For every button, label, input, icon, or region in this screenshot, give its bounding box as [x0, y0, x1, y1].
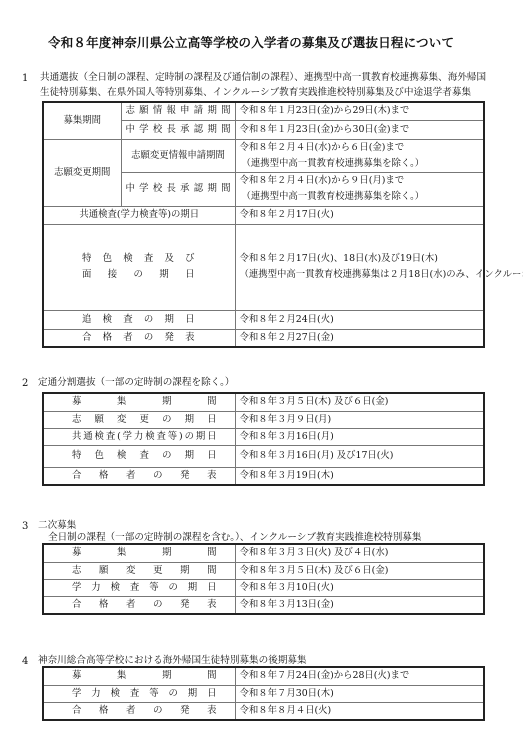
row-label-line1: 特色検査及び — [82, 251, 195, 267]
row-label: 志願情報申請期間 — [121, 102, 235, 120]
table-row: 募集期間 令和８年３月３日(火) 及び４日(水) — [43, 544, 484, 562]
row-value: 令和８年２月17日(火) — [235, 206, 484, 224]
row-label: 募集期間 — [43, 393, 235, 411]
row-value-main: 令和８年２月４日(水)から９日(月)まで — [240, 175, 405, 186]
row-group-label: 志願変更期間 — [43, 139, 121, 206]
row-value: 令和８年７月30日(木) — [235, 685, 484, 702]
section-3-number: 3 — [22, 521, 28, 532]
row-value: 令和８年３月16日(月) — [235, 428, 484, 445]
table-row: 合格者の発表 令和８年２月27日(金) — [43, 329, 484, 347]
row-label: 合格者の発表 — [43, 596, 235, 614]
table-row: 志願変更の期日 令和８年３月９日(月) — [43, 411, 484, 428]
row-value: 令和８年３月19日(木) — [235, 467, 484, 485]
row-value: 令和８年２月４日(水)から９日(月)まで （連携型中高一貫教育校連携募集を除く。… — [235, 172, 484, 206]
row-label: 志願変更の期日 — [43, 411, 235, 428]
row-label: 合格者の発表 — [43, 329, 235, 347]
row-label: 募集期間 — [43, 544, 235, 562]
table-row: 合格者の発表 令和８年３月19日(木) — [43, 467, 484, 485]
row-label: 共通検査(学力検査等)の期日 — [43, 206, 235, 224]
section-4-number: 4 — [22, 656, 28, 667]
row-value: 令和８年３月５日(木) 及び６日(金) — [235, 393, 484, 411]
row-value-main: 令和８年２月17日(火)、18日(水)及び19日(木) — [240, 253, 438, 264]
schedule-table-1: 募集期間 志願情報申請期間 令和８年１月23日(金)から29日(木)まで 中学校… — [42, 101, 485, 348]
row-label: 募集期間 — [43, 667, 235, 685]
row-value-note: （連携型中高一貫教育校連携募集は２月18日(水)のみ、インクルーシブ教育実践推進… — [240, 269, 523, 280]
row-value: 令和８年２月17日(火)、18日(水)及び19日(木) （連携型中高一貫教育校連… — [235, 224, 484, 310]
schedule-table-2: 募集期間 令和８年３月５日(木) 及び６日(金) 志願変更の期日 令和８年３月９… — [42, 392, 485, 486]
row-value-note: （連携型中高一貫教育校連携募集を除く。） — [240, 156, 480, 172]
page-title: 令和８年度神奈川県公立高等学校の入学者の募集及び選抜日程について — [48, 33, 454, 51]
table-row: 募集期間 令和８年７月24日(金)から28日(火)まで — [43, 667, 484, 685]
row-label: 追検査の期日 — [43, 310, 235, 329]
row-value: 令和８年８月４日(火) — [235, 702, 484, 720]
row-value-note: （連携型中高一貫教育校連携募集を除く。） — [240, 189, 480, 205]
row-value: 令和８年１月23日(金)から30日(金)まで — [235, 120, 484, 139]
table-row: 特色検査及び 面接の期日 令和８年２月17日(火)、18日(水)及び19日(木)… — [43, 224, 484, 310]
row-label: 中学校長承認期間 — [121, 172, 235, 206]
row-value: 令和８年２月４日(水)から６日(金)まで （連携型中高一貫教育校連携募集を除く。… — [235, 139, 484, 172]
row-label: 共通検査(学力検査等)の期日 — [43, 428, 235, 445]
table-row: 学力検査等の期日 令和８年３月10日(火) — [43, 579, 484, 596]
row-label-line2: 面接の期日 — [82, 267, 195, 283]
row-label: 学力検査等の期日 — [43, 579, 235, 596]
row-value: 令和８年１月23日(金)から29日(木)まで — [235, 102, 484, 120]
row-label: 学力検査等の期日 — [43, 685, 235, 702]
schedule-table-3: 募集期間 令和８年３月３日(火) 及び４日(水) 志願変更期間 令和８年３月５日… — [42, 543, 485, 615]
row-label: 志願変更情報申請期間 — [121, 139, 235, 172]
row-value: 令和８年３月13日(金) — [235, 596, 484, 614]
row-value: 令和８年３月10日(火) — [235, 579, 484, 596]
row-label: 特色検査の期日 — [43, 445, 235, 467]
row-value: 令和８年３月16日(月) 及び17日(火) — [235, 445, 484, 467]
section-2-number: 2 — [22, 378, 28, 389]
section-2-heading: 定通分割選抜（一部の定時制の課程を除く。） — [38, 374, 234, 391]
table-row: 共通検査(学力検査等)の期日 令和８年３月16日(月) — [43, 428, 484, 445]
table-row: 合格者の発表 令和８年８月４日(火) — [43, 702, 484, 720]
table-row: 募集期間 志願情報申請期間 令和８年１月23日(金)から29日(木)まで — [43, 102, 484, 120]
table-row: 志願変更期間 志願変更情報申請期間 令和８年２月４日(水)から６日(金)まで （… — [43, 139, 484, 172]
section-1-heading-line2: 生徒特別募集、在県外国人等特別募集、インクルーシブ教育実践推進校特別募集及び中途… — [40, 84, 471, 101]
row-value: 令和８年７月24日(金)から28日(火)まで — [235, 667, 484, 685]
row-group-label: 募集期間 — [43, 102, 121, 139]
schedule-table-4: 募集期間 令和８年７月24日(金)から28日(火)まで 学力検査等の期日 令和８… — [42, 666, 485, 721]
row-label: 特色検査及び 面接の期日 — [43, 224, 235, 310]
table-row: 共通検査(学力検査等)の期日 令和８年２月17日(火) — [43, 206, 484, 224]
row-label: 合格者の発表 — [43, 467, 235, 485]
row-label: 中学校長承認期間 — [121, 120, 235, 139]
row-value: 令和８年２月27日(金) — [235, 329, 484, 347]
table-row: 学力検査等の期日 令和８年７月30日(木) — [43, 685, 484, 702]
table-row: 特色検査の期日 令和８年３月16日(月) 及び17日(火) — [43, 445, 484, 467]
row-value: 令和８年３月３日(火) 及び４日(水) — [235, 544, 484, 562]
row-value: 令和８年３月５日(木) 及び６日(金) — [235, 562, 484, 579]
table-row: 募集期間 令和８年３月５日(木) 及び６日(金) — [43, 393, 484, 411]
table-row: 志願変更期間 令和８年３月５日(木) 及び６日(金) — [43, 562, 484, 579]
row-value-main: 令和８年２月４日(水)から６日(金)まで — [240, 142, 405, 153]
section-1-number: 1 — [22, 73, 28, 84]
row-value: 令和８年３月９日(月) — [235, 411, 484, 428]
table-row: 合格者の発表 令和８年３月13日(金) — [43, 596, 484, 614]
table-row: 追検査の期日 令和８年２月24日(火) — [43, 310, 484, 329]
row-value: 令和８年２月24日(火) — [235, 310, 484, 329]
row-label: 志願変更期間 — [43, 562, 235, 579]
row-label: 合格者の発表 — [43, 702, 235, 720]
